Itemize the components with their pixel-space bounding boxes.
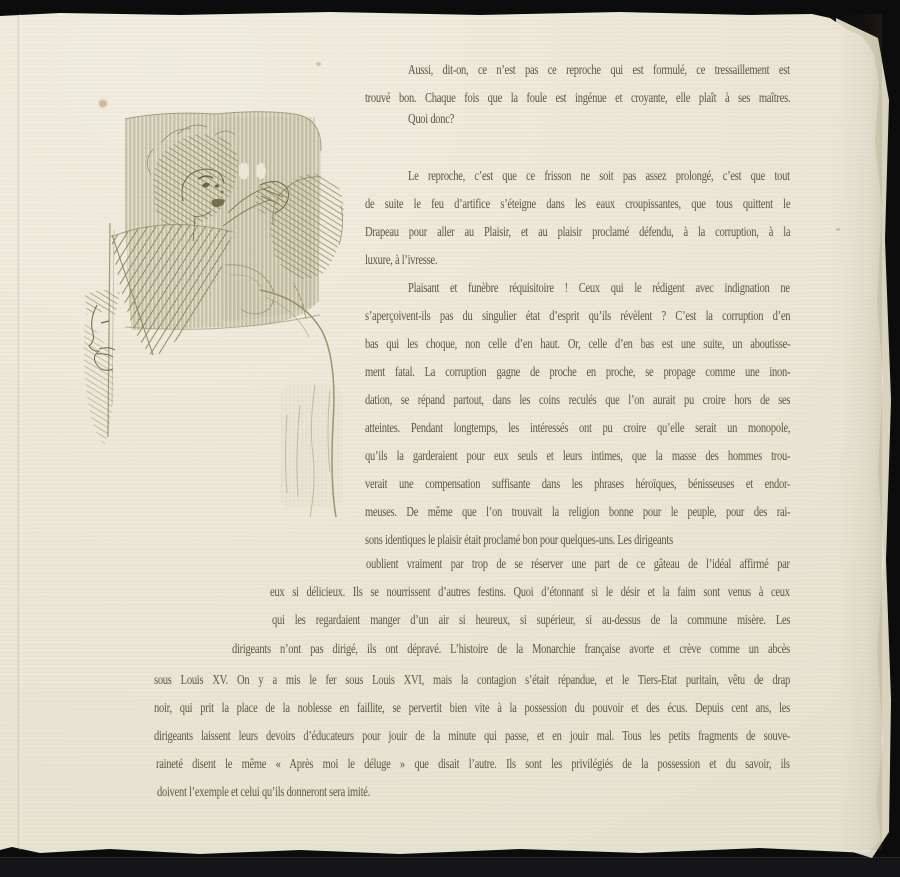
text-line: doivent l’exemple et celui qu’ils donner…	[157, 779, 370, 807]
text-line: s’aperçoivent-ils pas du singulier état …	[365, 303, 790, 331]
text-line: sous Louis XV. On y a mis le fer sous Lo…	[154, 667, 790, 695]
text-line: qui les regardaient manger d’un air si h…	[272, 607, 790, 635]
text-line: eux si délicieux. Ils se nourrissent d’a…	[270, 579, 790, 607]
text-line: noir, qui prit la place de la noblesse e…	[154, 695, 790, 723]
text-line: dation, se répand partout, dans les coin…	[365, 387, 790, 415]
text-line: Aussi, dit-on, ce n’est pas ce reproche …	[408, 57, 790, 85]
text-line: luxure, à l’ivresse.	[365, 247, 437, 275]
text-line: qu’ils la garderaient pour eux seuls et …	[365, 443, 790, 471]
page-text: Aussi, dit-on, ce n’est pas ce reproche …	[0, 0, 900, 877]
text-line: Plaisant et funèbre réquisitoire ! Ceux …	[408, 275, 790, 303]
text-line: verait une compensation suffisante dans …	[365, 471, 790, 499]
photographed-book-spread: { "colors": { "background": "#0c0c0c", "…	[0, 0, 900, 877]
text-line: Le reproche, c’est que ce frisson ne soi…	[408, 163, 790, 191]
text-line: oublient vraiment par trop de se réserve…	[366, 551, 790, 579]
text-line: Quoi donc?	[408, 106, 454, 134]
text-line: dirigeants n’ont pas dirigé, ils ont dép…	[232, 636, 790, 664]
text-line: bas qui les choque, non celle d’en haut.…	[365, 331, 790, 359]
text-line: meuses. De même que l’on trouvait la rel…	[365, 499, 790, 527]
text-line: dirigeants laissent leurs devoirs d’éduc…	[154, 723, 790, 751]
text-line: raineté disent le même « Après moi le dé…	[156, 751, 790, 779]
text-line: de suite le feu d’artifice s’éteigne dan…	[365, 191, 790, 219]
text-line: Drapeau pour aller au Plaisir, et au pla…	[365, 219, 790, 247]
text-line: atteintes. Pendant longtemps, les intére…	[365, 415, 790, 443]
text-line: ment fatal. La corruption gagne de proch…	[365, 359, 790, 387]
